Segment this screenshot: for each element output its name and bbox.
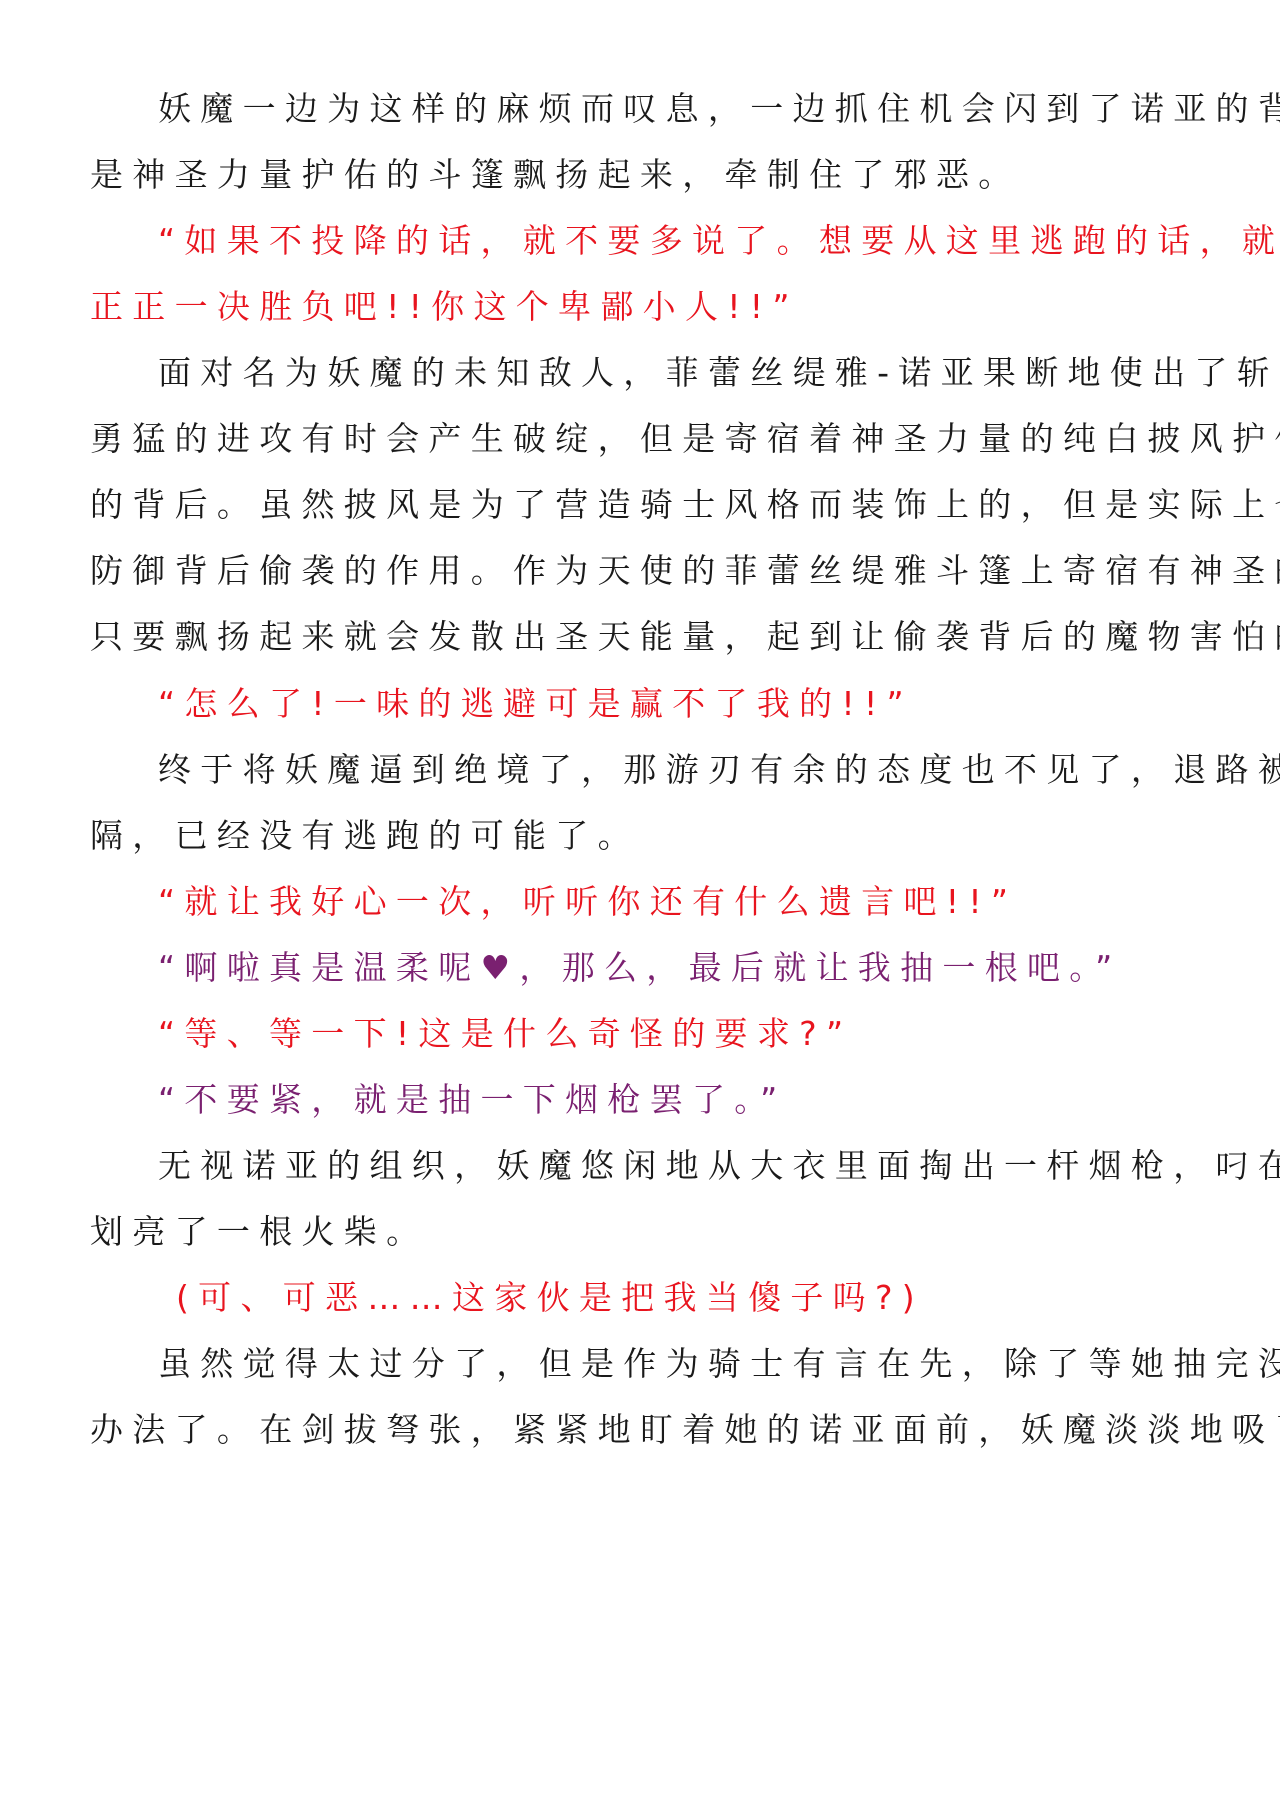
narration-line: 是神圣力量护佑的斗篷飘扬起来，牵制住了邪恶。 [90,145,1200,205]
narration-line: 防御背后偷袭的作用。作为天使的菲蕾丝缇雅斗篷上寄宿有神圣的护佑， [90,541,1200,601]
dialogue-line-noa: 正正一决胜负吧!!你这个卑鄙小人!!” [90,277,1200,337]
heart-icon: ♥ [481,948,520,987]
narration-line: 无视诺亚的组织，妖魔悠闲地从大衣里面掏出一杆烟枪，叼在嘴里， [158,1136,1268,1196]
document-page: 妖魔一边为这样的麻烦而叹息，一边抓住机会闪到了诺亚的背后。但 是神圣力量护佑的斗… [0,0,1280,1809]
dialogue-line-noa: “如果不投降的话，就不要多说了。想要从这里逃跑的话，就和我堂堂 [158,211,1268,271]
dialogue-line-noa: “等、等一下!这是什么奇怪的要求?” [158,1004,1268,1064]
narration-line: 隔，已经没有逃跑的可能了。 [90,806,1200,866]
dialogue-line-noa: “怎么了!一味的逃避可是赢不了我的!!” [158,674,1268,734]
dialogue-line-demon: “啊啦真是温柔呢♥，那么，最后就让我抽一根吧。” [158,938,1268,998]
dialogue-text-after-heart: ，那么，最后就让我抽一根吧。” [519,948,1121,987]
narration-line: 面对名为妖魔的未知敌人，菲蕾丝缇雅-诺亚果断地使出了斩击。虽然 [158,343,1268,403]
dialogue-text-before-heart: “啊啦真是温柔呢 [158,948,481,987]
narration-line: 妖魔一边为这样的麻烦而叹息，一边抓住机会闪到了诺亚的背后。但 [158,79,1268,139]
thought-line-noa: (可、可恶……这家伙是把我当傻子吗?) [176,1268,1280,1328]
narration-line: 只要飘扬起来就会发散出圣天能量，起到让偷袭背后的魔物害怕的效果。 [90,607,1200,667]
dialogue-line-demon: “不要紧，就是抽一下烟枪罢了。” [158,1070,1268,1130]
narration-line: 虽然觉得太过分了，但是作为骑士有言在先，除了等她抽完没有别的 [158,1334,1268,1394]
narration-line: 的背后。虽然披风是为了营造骑士风格而装饰上的，但是实际上也能起到 [90,475,1200,535]
narration-line: 勇猛的进攻有时会产生破绽，但是寄宿着神圣力量的纯白披风护住了主人 [90,409,1200,469]
dialogue-line-noa: “就让我好心一次，听听你还有什么遗言吧!!” [158,872,1268,932]
narration-line: 终于将妖魔逼到绝境了，那游刃有余的态度也不见了，退路被墙壁阻 [158,740,1268,800]
narration-line: 办法了。在剑拔弩张，紧紧地盯着她的诺亚面前，妖魔淡淡地吸了一口， [90,1400,1200,1460]
narration-line: 划亮了一根火柴。 [90,1202,1200,1262]
